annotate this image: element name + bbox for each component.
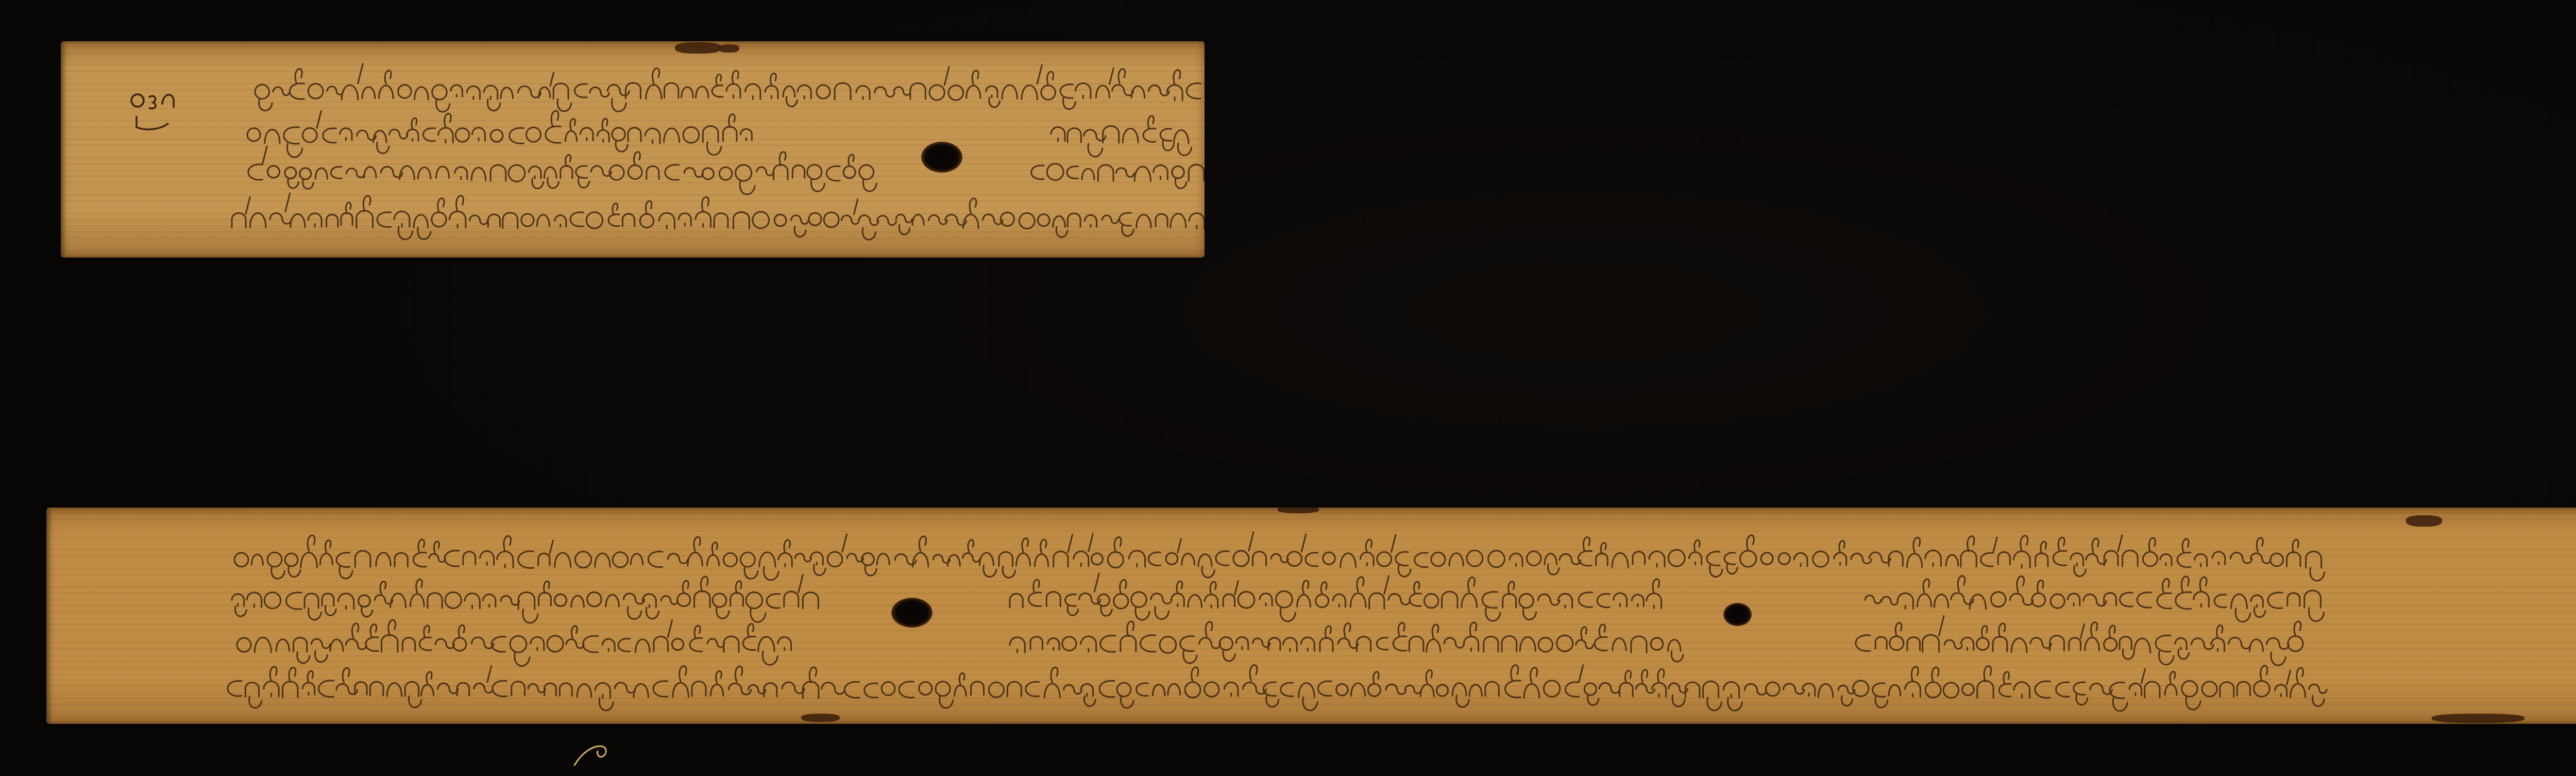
binding-string-hole [1723, 603, 1752, 626]
handwritten-script-lines [46, 508, 2576, 724]
lower-leaf [46, 508, 2576, 724]
edge-damage-stain [2406, 515, 2442, 527]
edge-damage-stain [1278, 508, 1319, 513]
binding-string-hole [891, 598, 933, 628]
upper-leaf [61, 41, 1205, 258]
edge-damage-stain [719, 44, 739, 53]
edge-damage-stain [2432, 714, 2524, 723]
handwritten-script-lines [61, 41, 1205, 258]
binding-string-hole [921, 142, 962, 173]
loose-fiber-strand [572, 742, 613, 768]
edge-damage-stain [675, 42, 721, 54]
folio-number-marker [131, 94, 174, 129]
edge-damage-stain [801, 714, 840, 722]
